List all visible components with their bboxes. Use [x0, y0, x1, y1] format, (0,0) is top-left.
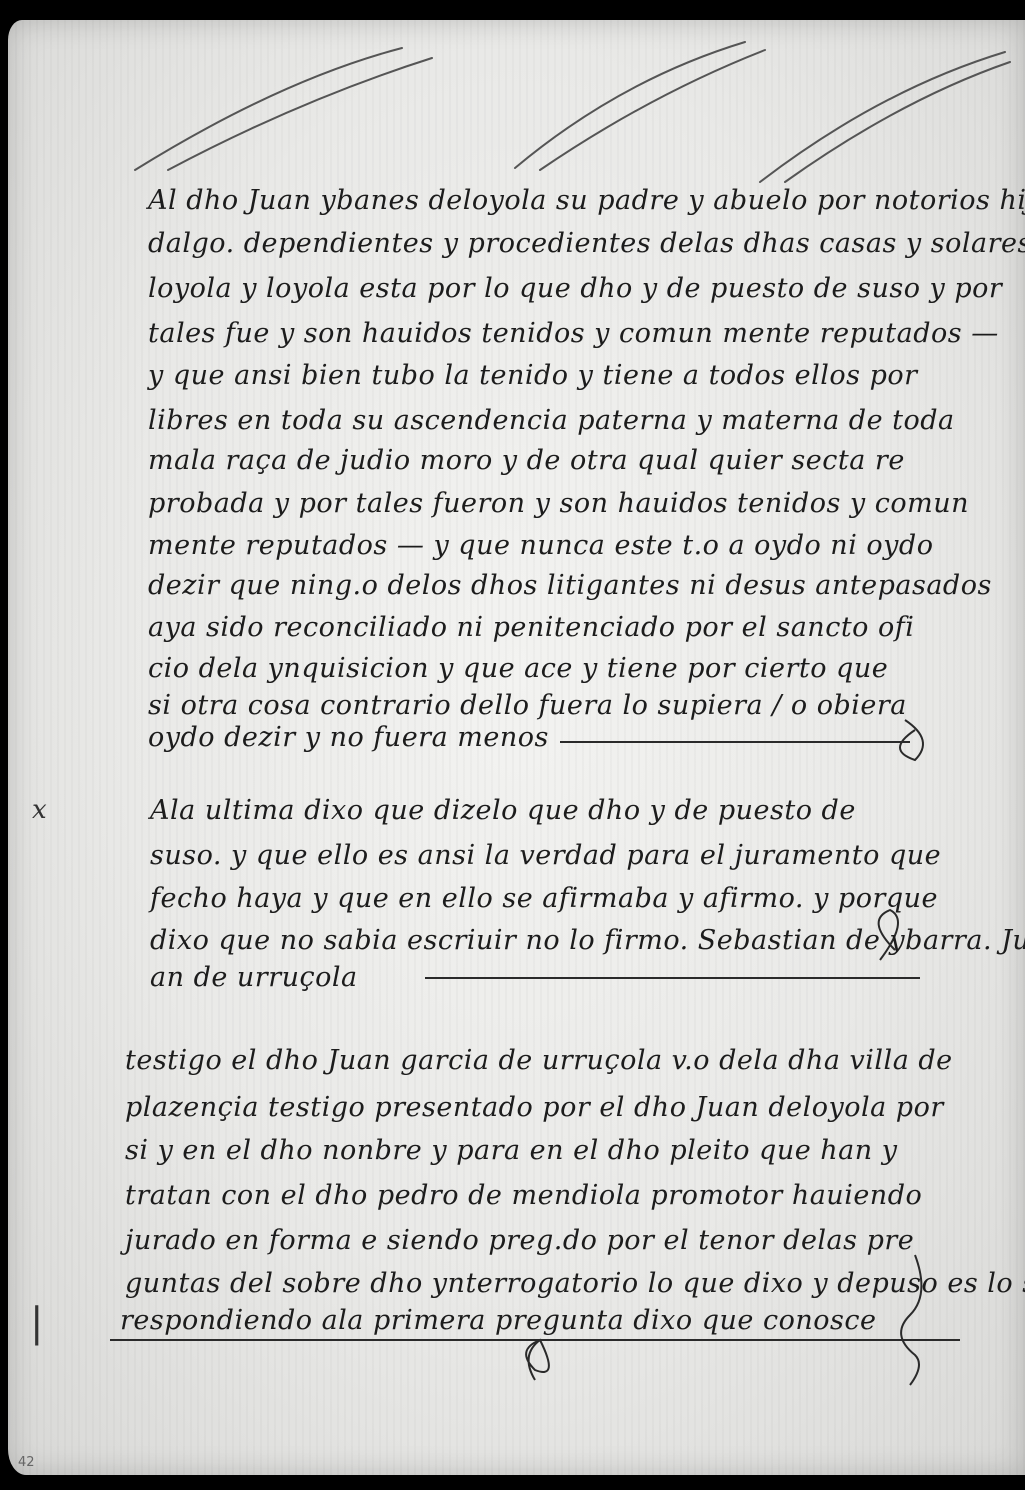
- text-line: loyola y loyola esta por lo que dho y de…: [148, 273, 1002, 304]
- margin-mark-bar: |: [30, 1300, 43, 1346]
- text-line: si otra cosa contrario dello fuera lo su…: [148, 690, 907, 721]
- text-line: tales fue y son hauidos tenidos y comun …: [148, 318, 999, 349]
- text-line: oydo dezir y no fuera menos: [148, 722, 549, 753]
- text-line: libres en toda su ascendencia paterna y …: [148, 405, 955, 436]
- text-line: plazençia testigo presentado por el dho …: [125, 1092, 944, 1123]
- text-line: jurado en forma e siendo preg.do por el …: [125, 1225, 914, 1256]
- text-line: guntas del sobre dho ynterrogatorio lo q…: [125, 1268, 1025, 1299]
- text-line: Ala ultima dixo que dizelo que dho y de …: [150, 795, 856, 826]
- text-line: probada y por tales fueron y son hauidos…: [148, 488, 969, 519]
- text-line: dezir que ning.o delos dhos litigantes n…: [148, 570, 992, 601]
- text-line: mala raça de judio moro y de otra qual q…: [148, 445, 905, 476]
- line-filler-rule: [560, 741, 910, 743]
- text-line: fecho haya y que en ello se afirmaba y a…: [150, 883, 938, 914]
- text-line: si y en el dho nonbre y para en el dho p…: [125, 1135, 897, 1166]
- text-line: respondiendo ala primera pregunta dixo q…: [120, 1305, 876, 1336]
- text-line: Al dho Juan ybanes deloyola su padre y a…: [148, 185, 1025, 216]
- line-filler-rule: [425, 977, 920, 979]
- text-line: aya sido reconciliado ni penitenciado po…: [148, 612, 914, 643]
- text-line: suso. y que ello es ansi la verdad para …: [150, 840, 941, 871]
- text-line: tratan con el dho pedro de mendiola prom…: [125, 1180, 922, 1211]
- folio-number: 42: [18, 1455, 35, 1470]
- line-filler-rule: [110, 1339, 960, 1341]
- text-line: cio dela ynquisicion y que ace y tiene p…: [148, 653, 888, 684]
- text-line: mente reputados — y que nunca este t.o a…: [148, 530, 933, 561]
- text-line: dixo que no sabia escriuir no lo firmo. …: [150, 925, 1025, 956]
- text-line: dalgo. dependientes y procedientes delas…: [148, 228, 1025, 259]
- margin-mark-x: x: [32, 795, 47, 825]
- text-line: an de urruçola: [150, 962, 358, 993]
- text-line: testigo el dho Juan garcia de urruçola v…: [125, 1045, 953, 1076]
- text-line: y que ansi bien tubo la tenido y tiene a…: [148, 360, 918, 391]
